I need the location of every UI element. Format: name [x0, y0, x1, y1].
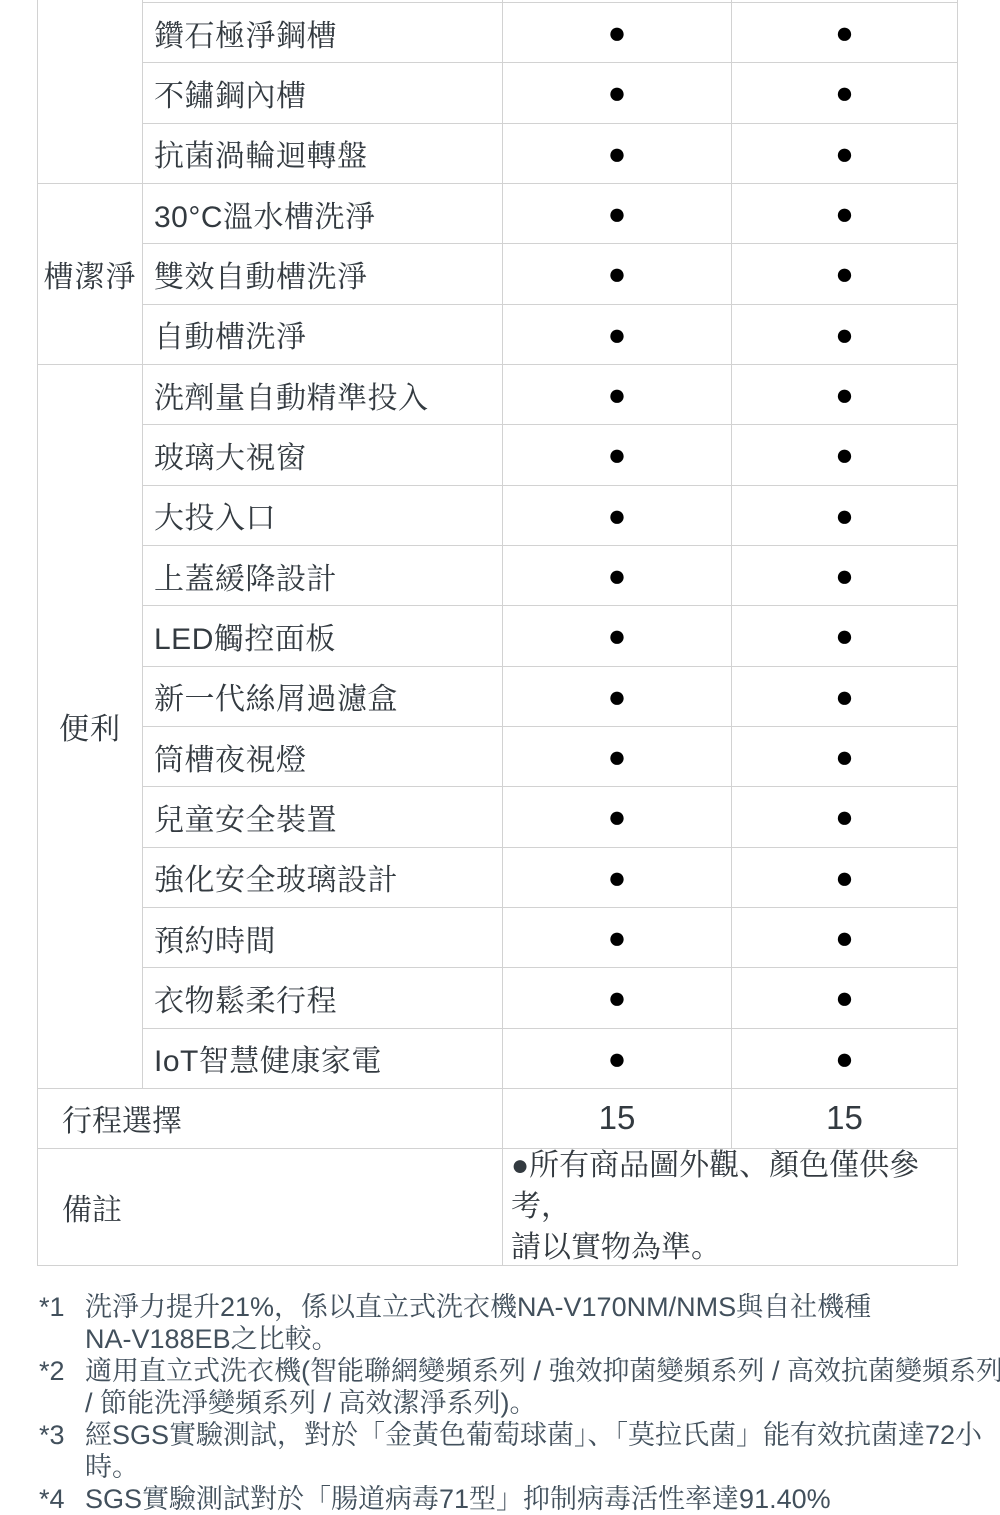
footnote-4: *4 SGS實驗測試對於「腸道病毒71型」抑制病毒活性率達91.40% [39, 1483, 989, 1500]
feature-label-cell: 強化安全玻璃設計 [143, 848, 503, 908]
feature-dot: ● [835, 922, 854, 953]
model2-dot-cell: ● [732, 787, 957, 847]
program-select-label-cell: 行程選擇 [38, 1089, 503, 1149]
feature-dot: ● [835, 379, 854, 410]
feature-label: 衣物鬆柔行程 [154, 976, 337, 1020]
footnote-marker: *4 [39, 1483, 65, 1500]
spec-table: 槽潔淨 便利 行程選擇 15 15 備註 ●所有商品圖外觀、顏色僅供參考， 請以… [37, 0, 958, 1266]
feature-label: 大投入口 [154, 493, 276, 537]
feature-dot: ● [608, 379, 627, 410]
footnote-marker: *1 [39, 1291, 65, 1323]
model2-dot-cell: ● [732, 425, 957, 485]
model1-dot-cell: ● [503, 124, 732, 184]
feature-label: 洗劑量自動精準投入 [154, 373, 429, 417]
footnote-line: 適用直立式洗衣機(智能聯網變頻系列 / 強效抑菌變頻系列 / 高效抗菌變頻系列 [85, 1355, 989, 1387]
program-count-model2: 15 [732, 1089, 957, 1149]
feature-dot: ● [835, 620, 854, 651]
model1-dot-cell: ● [503, 1029, 732, 1089]
feature-label-cell: 洗劑量自動精準投入 [143, 365, 503, 425]
footnote-marker: *3 [39, 1419, 65, 1451]
model2-dot-cell: ● [732, 365, 957, 425]
model1-dot-cell: ● [503, 667, 732, 727]
feature-label-cell: 不鏽鋼內槽 [143, 63, 503, 123]
footnotes: *1 洗淨力提升21%，係以直立式洗衣機NA-V170NM/NMS與自社機種 N… [39, 1291, 989, 1500]
model1-dot-cell: ● [503, 425, 732, 485]
feature-label-cell: 新一代絲屑過濾盒 [143, 667, 503, 727]
feature-dot: ● [608, 17, 627, 48]
remarks-label: 備註 [62, 1185, 122, 1229]
model2-dot-cell: ● [732, 486, 957, 546]
feature-label-cell: LED觸控面板 [143, 606, 503, 666]
feature-label-cell: 30°C溫水槽洗淨 [143, 184, 503, 244]
model1-dot-cell: ● [503, 3, 732, 63]
feature-dot: ● [608, 801, 627, 832]
feature-dot: ● [835, 258, 854, 289]
feature-dot: ● [835, 198, 854, 229]
model2-dot-cell: ● [732, 968, 957, 1028]
feature-label: 兒童安全裝置 [154, 795, 337, 839]
feature-label: 上蓋緩降設計 [154, 554, 337, 598]
feature-label: 自動槽洗淨 [154, 312, 307, 356]
model2-dot-cell: ● [732, 606, 957, 666]
feature-dot: ● [608, 198, 627, 229]
remarks-label-cell: 備註 [38, 1149, 503, 1265]
feature-label: 玻璃大視窗 [154, 433, 307, 477]
feature-dot: ● [835, 982, 854, 1013]
feature-dot: ● [835, 1043, 854, 1074]
feature-dot: ● [608, 319, 627, 350]
feature-label-cell: 鑽石極淨鋼槽 [143, 3, 503, 63]
category-cell-top [38, 0, 143, 184]
feature-label-cell: 筒槽夜視燈 [143, 727, 503, 787]
feature-label: 預約時間 [154, 916, 276, 960]
footnote-line: 洗淨力提升21%，係以直立式洗衣機NA-V170NM/NMS與自社機種 [85, 1291, 989, 1323]
feature-dot: ● [835, 439, 854, 470]
model1-dot-cell: ● [503, 848, 732, 908]
program-select-label: 行程選擇 [62, 1096, 182, 1140]
model1-dot-cell: ● [503, 244, 732, 304]
model1-dot-cell: ● [503, 546, 732, 606]
feature-label: 雙效自動槽洗淨 [154, 252, 368, 296]
model2-dot-cell: ● [732, 908, 957, 968]
feature-label-cell: IoT智慧健康家電 [143, 1029, 503, 1089]
feature-label-cell: 自動槽洗淨 [143, 305, 503, 365]
feature-dot: ● [608, 439, 627, 470]
feature-dot: ● [835, 138, 854, 169]
remarks-note-cell: ●所有商品圖外觀、顏色僅供參考， 請以實物為準。 [503, 1149, 957, 1265]
footnote-3: *3 經SGS實驗測試，對於「金黃色葡萄球菌」、「莫拉氏菌」能有效抗菌達72小 … [39, 1419, 989, 1483]
feature-label-cell: 衣物鬆柔行程 [143, 968, 503, 1028]
model1-dot-cell: ● [503, 787, 732, 847]
feature-dot: ● [608, 741, 627, 772]
feature-dot: ● [835, 77, 854, 108]
model2-dot-cell: ● [732, 727, 957, 787]
model1-dot-cell: ● [503, 908, 732, 968]
model2-dot-cell: ● [732, 184, 957, 244]
feature-label: 30°C溫水槽洗淨 [154, 192, 376, 236]
feature-label-cell: 玻璃大視窗 [143, 425, 503, 485]
feature-dot: ● [608, 862, 627, 893]
feature-dot: ● [835, 500, 854, 531]
model1-dot-cell: ● [503, 184, 732, 244]
feature-dot: ● [608, 138, 627, 169]
feature-dot: ● [835, 801, 854, 832]
model1-dot-cell: ● [503, 63, 732, 123]
model2-dot-cell: ● [732, 63, 957, 123]
footnote-1: *1 洗淨力提升21%，係以直立式洗衣機NA-V170NM/NMS與自社機種 N… [39, 1291, 989, 1355]
category-cell-tub-clean: 槽潔淨 [38, 184, 143, 365]
feature-dot: ● [835, 319, 854, 350]
feature-dot: ● [608, 258, 627, 289]
feature-dot: ● [608, 922, 627, 953]
feature-label-cell: 雙效自動槽洗淨 [143, 244, 503, 304]
feature-label-cell: 預約時間 [143, 908, 503, 968]
feature-label: 筒槽夜視燈 [154, 735, 307, 779]
footnote-line: SGS實驗測試對於「腸道病毒71型」抑制病毒活性率達91.40% [85, 1483, 989, 1500]
feature-label: 抗菌渦輪迴轉盤 [154, 131, 368, 175]
model1-dot-cell: ● [503, 968, 732, 1028]
feature-dot: ● [608, 1043, 627, 1074]
feature-label: 不鏽鋼內槽 [154, 71, 307, 115]
feature-dot: ● [608, 560, 627, 591]
feature-dot: ● [835, 17, 854, 48]
feature-label: IoT智慧健康家電 [154, 1036, 382, 1080]
category-cell-convenience: 便利 [38, 365, 143, 1089]
feature-dot: ● [608, 982, 627, 1013]
program-count-model1: 15 [503, 1089, 732, 1149]
model1-dot-cell: ● [503, 365, 732, 425]
feature-label-cell: 抗菌渦輪迴轉盤 [143, 124, 503, 184]
footnote-line: / 節能洗淨變頻系列 / 高效潔淨系列)。 [85, 1387, 989, 1419]
category-label: 便利 [59, 704, 121, 748]
model2-dot-cell: ● [732, 124, 957, 184]
model1-dot-cell: ● [503, 305, 732, 365]
feature-label: 強化安全玻璃設計 [154, 855, 398, 899]
model2-dot-cell: ● [732, 3, 957, 63]
feature-label: LED觸控面板 [154, 614, 336, 658]
model2-dot-cell: ● [732, 546, 957, 606]
model1-dot-cell: ● [503, 486, 732, 546]
model2-dot-cell: ● [732, 305, 957, 365]
footnote-marker: *2 [39, 1355, 65, 1387]
feature-label: 鑽石極淨鋼槽 [154, 11, 337, 55]
feature-label-cell: 兒童安全裝置 [143, 787, 503, 847]
model2-dot-cell: ● [732, 848, 957, 908]
feature-dot: ● [835, 862, 854, 893]
feature-dot: ● [835, 741, 854, 772]
feature-label-cell: 上蓋緩降設計 [143, 546, 503, 606]
feature-label: 新一代絲屑過濾盒 [154, 674, 398, 718]
remarks-note-line: 請以實物為準。 [511, 1227, 721, 1268]
model1-dot-cell: ● [503, 606, 732, 666]
footnote-line: 時。 [85, 1451, 989, 1483]
feature-dot: ● [608, 77, 627, 108]
feature-dot: ● [835, 681, 854, 712]
feature-dot: ● [608, 620, 627, 651]
footnote-line: 經SGS實驗測試，對於「金黃色葡萄球菌」、「莫拉氏菌」能有效抗菌達72小 [85, 1419, 989, 1451]
feature-dot: ● [835, 560, 854, 591]
footnote-2: *2 適用直立式洗衣機(智能聯網變頻系列 / 強效抑菌變頻系列 / 高效抗菌變頻… [39, 1355, 989, 1419]
feature-dot: ● [608, 500, 627, 531]
category-label: 槽潔淨 [44, 252, 137, 296]
remarks-note-line: ●所有商品圖外觀、顏色僅供參考， [511, 1145, 957, 1227]
model2-dot-cell: ● [732, 1029, 957, 1089]
feature-dot: ● [608, 681, 627, 712]
model2-dot-cell: ● [732, 667, 957, 727]
feature-label-cell: 大投入口 [143, 486, 503, 546]
footnote-line: NA-V188EB之比較。 [85, 1323, 989, 1355]
model2-dot-cell: ● [732, 244, 957, 304]
model1-dot-cell: ● [503, 727, 732, 787]
